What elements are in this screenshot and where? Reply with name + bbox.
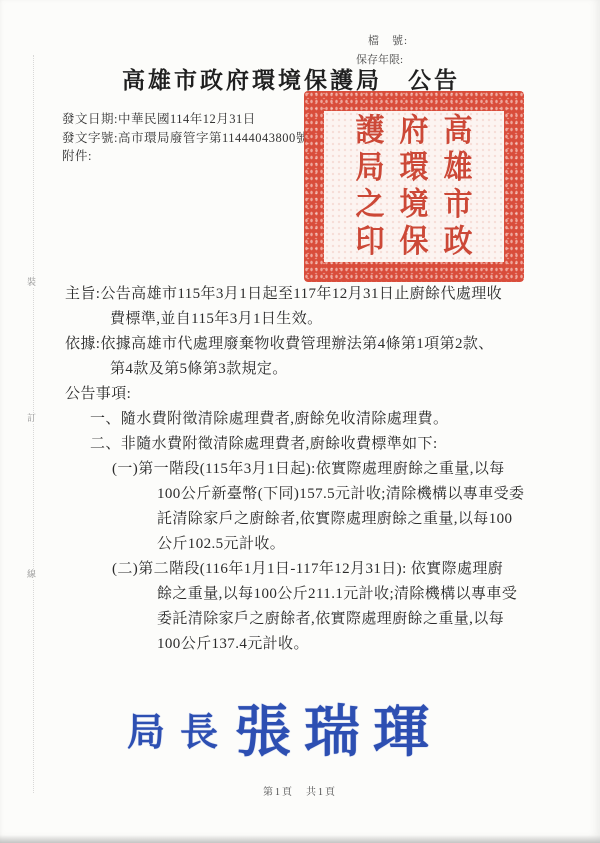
body-line: 第4款及第5條第3款規定。 [65, 357, 557, 382]
seal-character: 局 [349, 148, 391, 188]
body-line: 二、非隨水費附徵清除處理費者,廚餘收費標準如下: [65, 432, 557, 457]
binding-mark-zhuang: 裝 [27, 277, 36, 288]
seal-character: 雄 [437, 148, 479, 188]
binding-mark-xian: 線 [27, 569, 36, 580]
seal-character: 護 [349, 111, 391, 151]
doc-date-line: 發文日期:中華民國114年12月31日 [62, 110, 309, 129]
body-lines: 主旨:公告高雄市115年3月1日起至117年12月31日止廚餘代處理收費標準,並… [65, 282, 557, 657]
body-line: 100公斤新臺幣(下同)157.5元計收;清除機構以專車受委 [65, 482, 557, 507]
seal-character: 之 [349, 185, 391, 225]
seal-character: 市 [437, 185, 479, 225]
body-line: 餘之重量,以每100公斤211.1元計收;清除機構以專車受 [65, 582, 557, 607]
body-line: (一)第一階段(115年3月1日起):依實際處理廚餘之重量,以每 [65, 457, 557, 482]
body-line: 費標準,並自115年3月1日生效。 [65, 307, 557, 332]
seal-character: 印 [349, 222, 391, 262]
document-page: 裝 訂 線 檔 號: 保存年限: 高雄市政府環境保護局 公告 發文日期:中華民國… [0, 0, 600, 843]
body-line: 委託清除家戶之廚餘者,依實際處理廚餘之重量,以每 [65, 607, 557, 632]
official-red-seal: 高雄市政府環境保護局之印 [304, 91, 524, 282]
body-line: (二)第二階段(116年1月1日-117年12月31日): 依實際處理廚 [65, 557, 557, 582]
body-line: 一、隨水費附徵清除處理費者,廚餘免收清除處理費。 [65, 407, 557, 432]
doc-number-value: 高市環局廢管字第11444043800號 [118, 131, 309, 145]
body-line: 主旨:公告高雄市115年3月1日起至117年12月31日止廚餘代處理收 [65, 282, 557, 307]
seal-character: 境 [393, 185, 435, 225]
seal-character: 保 [393, 222, 435, 262]
director-name: 張瑞琿 [235, 688, 442, 768]
director-signature-stamp: 局長 張瑞琿 [127, 688, 442, 768]
body-line: 公告事項: [65, 382, 557, 407]
seal-grid: 高雄市政府環境保護局之印 [324, 111, 504, 262]
doc-number-line: 發文字號:高市環局廢管字第11444043800號 [62, 129, 309, 148]
seal-column: 高雄市政 [437, 113, 479, 261]
binding-dotted-line [33, 55, 34, 793]
file-number-label: 檔 號: [368, 32, 408, 48]
body-line: 依據:依據高雄市代處理廢棄物收費管理辦法第4條第1項第2款、 [65, 332, 557, 357]
page-footer: 第1頁 共1頁 [0, 783, 600, 798]
attachment-line: 附件: [62, 147, 309, 166]
seal-character: 府 [393, 111, 435, 151]
seal-character: 高 [437, 111, 479, 151]
director-title: 局長 [127, 701, 233, 756]
seal-character: 環 [393, 148, 435, 188]
doc-date-value: 中華民國114年12月31日 [118, 112, 256, 126]
seal-character: 政 [437, 222, 479, 262]
attachment-label: 附件: [62, 149, 92, 163]
binding-mark-ding: 訂 [27, 413, 36, 424]
seal-column: 府環境保 [393, 113, 435, 261]
body-line: 100公斤137.4元計收。 [65, 632, 557, 657]
doc-date-label: 發文日期: [62, 112, 118, 126]
doc-number-label: 發文字號: [62, 131, 118, 145]
document-info-block: 發文日期:中華民國114年12月31日 發文字號:高市環局廢管字第1144404… [62, 110, 309, 166]
seal-column: 護局之印 [349, 113, 391, 261]
body-line: 託清除家戶之廚餘者,依實際處理廚餘之重量,以每100 [65, 507, 557, 532]
body-line: 公斤102.5元計收。 [65, 532, 557, 557]
